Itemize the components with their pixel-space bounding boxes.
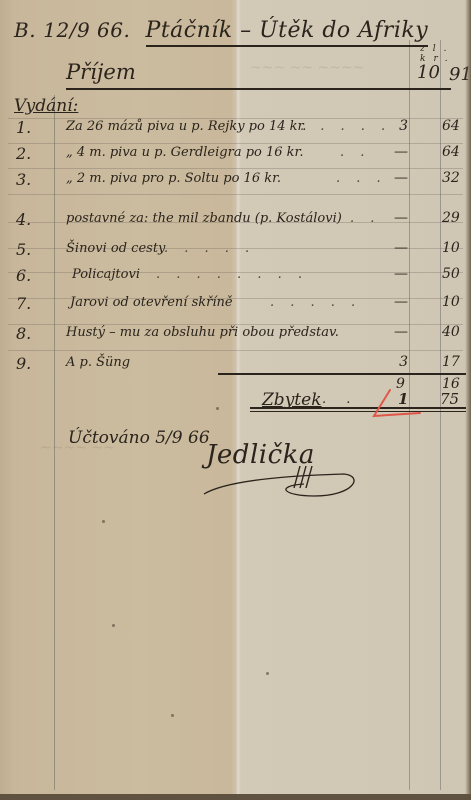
expenses-heading: Vydání: bbox=[14, 96, 78, 116]
item-zl: — bbox=[394, 294, 408, 310]
item-kr: 64 bbox=[442, 118, 460, 134]
item-kr: 50 bbox=[442, 266, 460, 282]
item-number: 2. bbox=[16, 144, 31, 163]
item-description: postavné za: the mil zbandu (p. Kostálov… bbox=[66, 211, 342, 226]
expense-row: 7. Jarovi od otevření skříně . . . . . —… bbox=[0, 292, 471, 318]
expense-row: 8. Hustý – mu za obsluhu při obou předst… bbox=[0, 322, 471, 348]
leader-dots: . . . . . bbox=[300, 119, 391, 134]
leader-dots: . . . bbox=[336, 171, 387, 186]
item-description: „ 4 m. piva u p. Gerdleigra po 16 kr. bbox=[66, 145, 303, 160]
expense-row: 1. Za 26 mázů piva u p. Rejky po 14 kr. … bbox=[0, 116, 471, 142]
income-zl: 10 bbox=[417, 62, 440, 83]
item-number: 7. bbox=[16, 294, 31, 313]
item-zl: — bbox=[394, 240, 408, 256]
leader-dots: . . bbox=[340, 145, 370, 160]
item-kr: 17 bbox=[442, 354, 460, 370]
expense-row: 4. postavné za: the mil zbandu (p. Kostá… bbox=[0, 208, 471, 234]
item-description: Šinovi od cesty bbox=[66, 241, 165, 256]
sum-underline bbox=[218, 373, 466, 375]
paper-speck bbox=[112, 624, 115, 627]
paper-speck bbox=[216, 407, 219, 410]
leader-dots: . . . . . bbox=[164, 241, 255, 256]
unit-labels: zl. kr. bbox=[420, 44, 471, 64]
leader-dots: . . bbox=[322, 392, 358, 407]
paper-speck bbox=[102, 520, 105, 523]
item-number: 6. bbox=[16, 266, 31, 285]
item-zl: 3 bbox=[394, 118, 408, 134]
item-kr: 29 bbox=[442, 210, 460, 226]
expense-row: 6. Policajtovi . . . . . . . . — 50 bbox=[0, 264, 471, 290]
page-edge bbox=[0, 794, 471, 800]
reference-mark: B. bbox=[14, 18, 36, 42]
audit-note: Účtováno 5/9 66 bbox=[68, 428, 210, 448]
item-description: A p. Šüng bbox=[66, 355, 130, 370]
income-row: Příjem 10 91 bbox=[66, 62, 451, 90]
item-zl: — bbox=[394, 170, 408, 186]
expense-row: 2. „ 4 m. piva u p. Gerdleigra po 16 kr.… bbox=[0, 142, 471, 168]
item-number: 5. bbox=[16, 240, 31, 259]
item-description: Jarovi od otevření skříně bbox=[70, 295, 233, 310]
ruled-line bbox=[8, 194, 463, 195]
double-underline-top bbox=[250, 407, 466, 409]
leader-dots: . . . . . . . . bbox=[156, 267, 308, 282]
item-zl: — bbox=[394, 266, 408, 282]
page-edge bbox=[465, 0, 471, 800]
item-kr: 64 bbox=[442, 144, 460, 160]
item-kr: 32 bbox=[442, 170, 460, 186]
item-zl: — bbox=[394, 144, 408, 160]
item-kr: 10 bbox=[442, 294, 460, 310]
leader-dots: . . bbox=[350, 211, 380, 226]
paper-speck bbox=[171, 714, 174, 717]
item-zl: — bbox=[394, 324, 408, 340]
income-label: Příjem bbox=[66, 60, 136, 84]
item-kr: 40 bbox=[442, 324, 460, 340]
ruled-line bbox=[8, 350, 463, 351]
signature-flourish-icon bbox=[194, 462, 364, 502]
paper-speck bbox=[266, 672, 269, 675]
item-number: 8. bbox=[16, 324, 31, 343]
item-number: 1. bbox=[16, 118, 31, 137]
page-title: Ptáčník – Útěk do Afriky bbox=[146, 18, 429, 47]
item-zl: 3 bbox=[394, 354, 408, 370]
header: B. 12/9 66. Ptáčník – Útěk do Afriky bbox=[14, 18, 428, 43]
item-number: 3. bbox=[16, 170, 31, 189]
ledger-page: ~~~ ~~ ~~~~ ~~~~ ~~ B. 12/9 66. Ptáčník … bbox=[0, 0, 471, 800]
double-underline-bottom bbox=[250, 411, 466, 412]
unit-label-zl: zl. bbox=[420, 44, 454, 54]
item-description: Hustý – mu za obsluhu při obou představ. bbox=[66, 325, 339, 340]
red-check-mark-icon bbox=[368, 386, 424, 422]
leader-dots: . . . . . bbox=[270, 295, 361, 310]
remainder-kr: 75 bbox=[440, 390, 459, 408]
item-number: 4. bbox=[16, 210, 31, 229]
item-number: 9. bbox=[16, 354, 31, 373]
item-description: Za 26 mázů piva u p. Rejky po 14 kr. bbox=[66, 119, 306, 134]
expense-row: 5. Šinovi od cesty . . . . . — 10 bbox=[0, 238, 471, 264]
item-kr: 10 bbox=[442, 240, 460, 256]
expense-row: 3. „ 2 m. piva pro p. Soltu po 16 kr. . … bbox=[0, 168, 471, 194]
item-description: Policajtovi bbox=[72, 267, 140, 282]
header-date: 12/9 66. bbox=[43, 18, 130, 42]
item-zl: — bbox=[394, 210, 408, 226]
item-description: „ 2 m. piva pro p. Soltu po 16 kr. bbox=[66, 171, 281, 186]
